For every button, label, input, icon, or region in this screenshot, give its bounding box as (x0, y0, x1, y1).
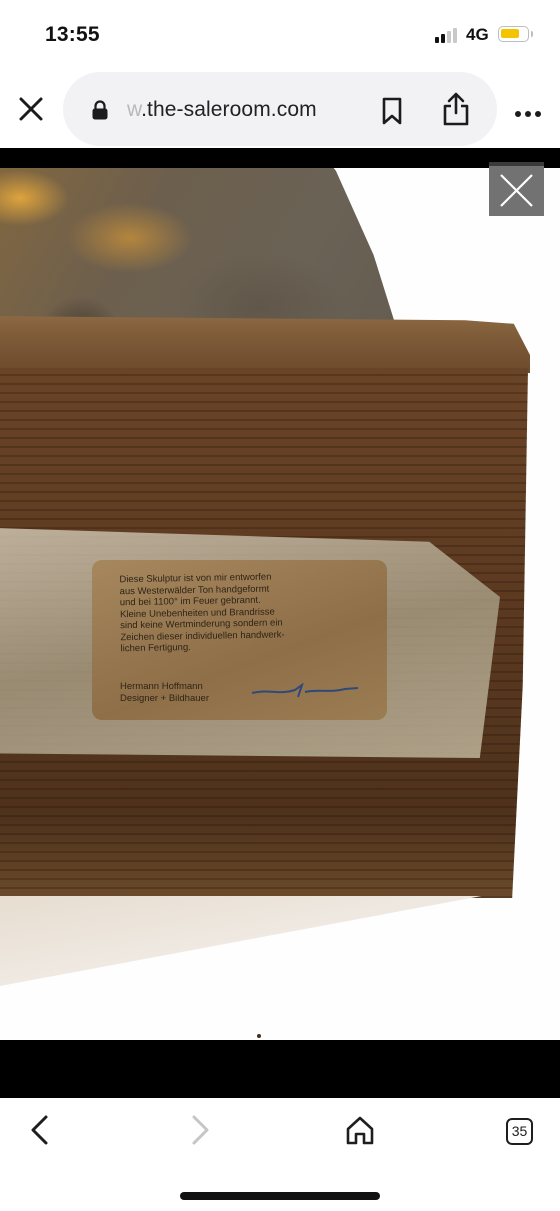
back-icon (24, 1113, 58, 1147)
battery-icon (498, 26, 529, 42)
lock-icon (91, 100, 109, 120)
more-icon[interactable] (514, 105, 542, 113)
home-indicator[interactable] (180, 1192, 380, 1200)
network-type: 4G (466, 25, 489, 45)
status-time: 13:55 (45, 23, 100, 47)
url-text[interactable]: w.the-saleroom.com (127, 98, 317, 122)
home-button[interactable] (343, 1113, 377, 1147)
viewer-bottom-band (0, 1040, 560, 1098)
wood-board-top (0, 313, 530, 373)
home-icon (343, 1113, 377, 1147)
battery-cap (531, 31, 533, 37)
browser-header: w.the-saleroom.com (0, 68, 560, 148)
address-bar[interactable]: w.the-saleroom.com (63, 72, 497, 146)
tabs-count-button[interactable]: 35 (506, 1118, 533, 1145)
viewer-top-band (0, 148, 560, 168)
share-icon[interactable] (442, 92, 470, 126)
close-viewer-button[interactable] (489, 162, 544, 216)
bookmark-icon[interactable] (381, 97, 403, 125)
forward-icon (182, 1113, 216, 1147)
forward-button[interactable] (182, 1113, 216, 1147)
signal-icon (435, 29, 459, 43)
pin-dot (257, 1034, 261, 1038)
bottom-toolbar: 35 (0, 1098, 560, 1168)
close-icon (489, 166, 544, 216)
signature-mark (250, 683, 360, 699)
url-domain: .the-saleroom.com (141, 98, 317, 121)
label-text: Diese Skulptur ist von mir entworfen aus… (119, 570, 380, 655)
back-button[interactable] (24, 1113, 58, 1147)
product-photo[interactable]: Diese Skulptur ist von mir entworfen aus… (0, 168, 560, 1040)
status-bar: 13:55 4G (0, 0, 560, 68)
shadow (0, 896, 560, 1040)
close-icon[interactable] (18, 96, 44, 122)
